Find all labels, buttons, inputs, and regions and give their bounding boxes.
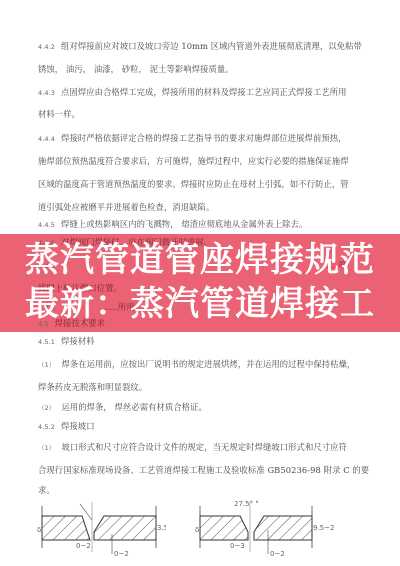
item-number: （1） xyxy=(38,361,55,369)
item-1-line2: 焊条药皮无脱落和明显裂纹。 xyxy=(38,382,370,393)
banner-title-line1: 蒸汽管道管座焊接规范 xyxy=(0,238,400,282)
paragraph-4-4-3-line1: 4.4.3点固焊应由合格焊工完成，焊接所用的材料及焊接工艺应同正式焊接工艺所用 xyxy=(38,87,370,99)
thickness-label: δ xyxy=(195,526,199,534)
paragraph-4-4-4-line1: 4.4.4焊接时严格依据评定合格的焊接工艺指导书的要求对施焊部位进展焊前预热， xyxy=(38,133,370,145)
side-label: 3.59 xyxy=(157,524,166,532)
paragraph-4-4-3-line2: 材料一样。 xyxy=(38,109,370,120)
section-4-5-2-heading: 4.5.2焊接坡口 xyxy=(38,421,370,433)
paragraph-4-4-4-line2: 施焊部位预热温度符合要求后，方可施焊，施焊过程中，应实行必要的措施保证施焊 xyxy=(38,156,370,167)
gap-label: 0~2 xyxy=(76,542,91,550)
paragraph-4-4-2-line1: 4.4.2组对焊接前应对坡口及坡口旁边 10mm 区域内管道外表进展彻底清理，以… xyxy=(38,41,370,53)
item-1b-line3: 求。 xyxy=(38,485,370,496)
clause-number: 4.4.5 xyxy=(38,221,55,229)
paragraph-4-4-4-line4: 道引弧处应被磨平并进展着色检查，消退缺陷。 xyxy=(38,202,370,213)
clause-number: 4.5.2 xyxy=(38,423,55,431)
gap-label: 0~3 xyxy=(230,542,245,550)
root-label: 0~2 xyxy=(270,550,285,558)
side-label: 9.5~26 xyxy=(313,524,334,532)
weld-groove-diagram-2: 27.5° ° δ 0~3 0~2 9.5~26 xyxy=(194,500,334,560)
section-4-5-1-heading: 4.5.1焊接材料 xyxy=(38,336,370,348)
paragraph-4-4-5: 4.4.5焊缝上或热影响区内的飞溅物， 熔渣应彻底地从金属外表上除去。 xyxy=(38,219,370,231)
angle-label: 27.5° ° xyxy=(234,500,259,508)
paragraph-4-4-2-line2: 锈蚀， 油污， 油漆， 砂粒， 泥土等影响焊接质量。 xyxy=(38,64,370,75)
banner-title: 蒸汽管道管座焊接规范 最新：蒸汽管道焊接工 xyxy=(0,238,400,326)
banner-title-line2: 最新：蒸汽管道焊接工 xyxy=(0,282,400,326)
item-1-line1: （1）焊条在运用前，应按出厂说明书的规定进展烘烤，并在运用的过程中保持枯燥， xyxy=(38,359,370,371)
item-number: （1） xyxy=(38,444,55,452)
weld-groove-diagram-1: δ 0~2 0~2 3.59 xyxy=(36,500,166,560)
item-1b-line2: 合现行国家标准现场设备、工艺管道焊接工程施工及验收标准 GB50236-98 附… xyxy=(38,465,370,476)
clause-number: 4.4.2 xyxy=(38,43,55,51)
clause-number: 4.5.1 xyxy=(38,338,55,346)
item-1b-line1: （1）坡口形式和尺寸应符合设计文件的规定，当无规定时焊缝坡口形式和尺寸应符 xyxy=(38,442,370,454)
thickness-label: δ xyxy=(37,526,41,534)
root-label: 0~2 xyxy=(114,550,129,558)
clause-number: 4.4.3 xyxy=(38,89,55,97)
item-2: （2）运用的焊条， 焊丝必需有材质合格证。 xyxy=(38,402,370,414)
item-number: （2） xyxy=(38,404,55,412)
paragraph-4-4-4-line3: 区域的温度高于管道预热温度的要求。焊接时应防止在母材上引弧，如不行防止，管 xyxy=(38,179,370,190)
document-page: 4.4.2组对焊接前应对坡口及坡口旁边 10mm 区域内管道外表进展彻底清理，以… xyxy=(0,0,400,566)
clause-number: 4.4.4 xyxy=(38,135,55,143)
